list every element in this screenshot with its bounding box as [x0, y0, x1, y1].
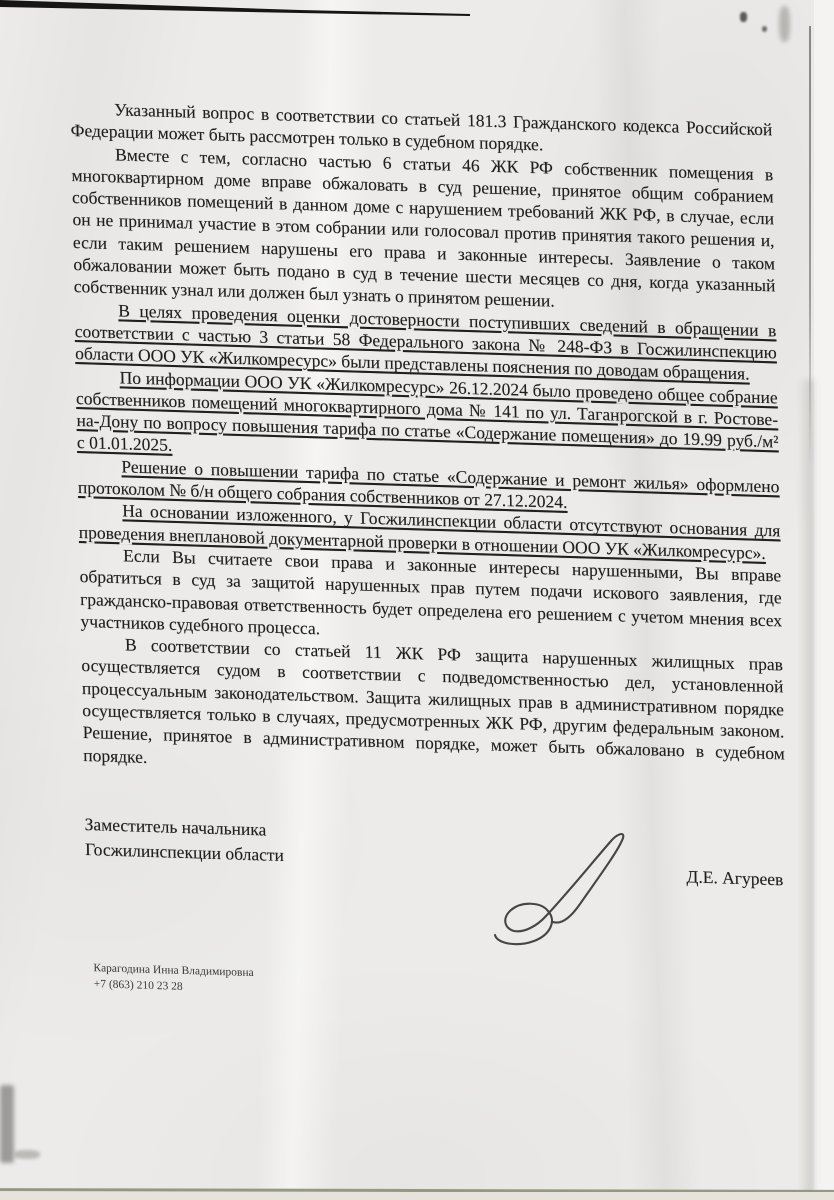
- paragraph: Вместе с тем, согласно частью 6 статьи 4…: [71, 142, 776, 320]
- scan-background-bottom: [0, 1192, 834, 1200]
- signature-block: Заместитель начальника Госжилинспекции о…: [84, 812, 787, 883]
- scanned-letter-page: Указанный вопрос в соответствии со стать…: [0, 0, 834, 1200]
- scan-background-strip: [814, 0, 834, 1200]
- signatory-position: Заместитель начальника Госжилинспекции о…: [84, 812, 284, 868]
- scan-smudge-top-right: [779, 6, 790, 42]
- scan-speck: [762, 26, 767, 32]
- document-body: Указанный вопрос в соответствии со стать…: [70, 97, 790, 1013]
- scan-speck: [14, 1150, 40, 1159]
- paper-edge-shadow-right: [798, 380, 814, 1200]
- scan-smudge-left: [0, 1085, 14, 1163]
- paragraph: В соответствии со статьей 11 ЖК РФ защит…: [81, 632, 786, 787]
- paper-edge-right: [809, 26, 811, 466]
- signatory-name: Д.Е. Агуреев: [686, 865, 787, 890]
- contact-footer: Карагодина Инна Владимировна +7 (863) 21…: [93, 960, 790, 1013]
- scan-speck: [740, 12, 747, 22]
- paper-edge-bottom: [0, 1188, 834, 1192]
- scan-edge-shadow-top: [0, 0, 480, 20]
- signatory-position-line2: Госжилинспекции области: [85, 837, 284, 868]
